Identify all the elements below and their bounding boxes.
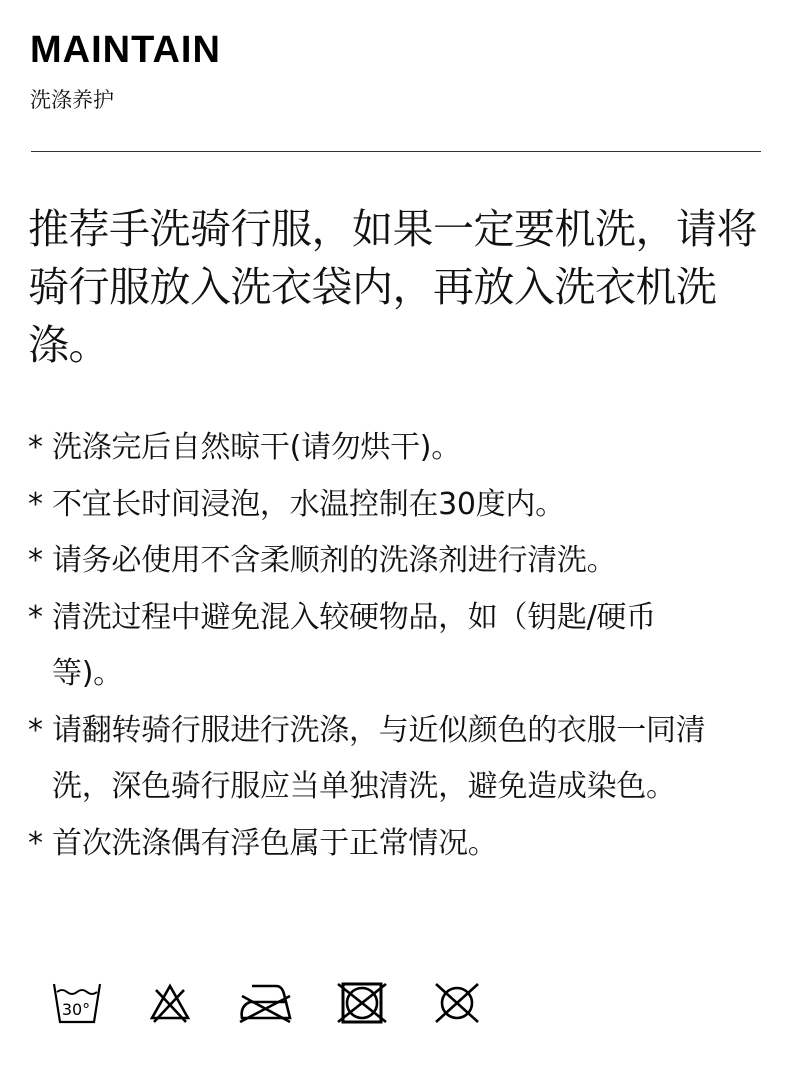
divider: [31, 151, 761, 152]
care-icons-row: 30°: [0, 980, 790, 1030]
list-item: * 首次洗涤偶有浮色属于正常情况。: [28, 816, 768, 873]
wash-30-icon: 30°: [52, 980, 102, 1026]
note-text: 首次洗涤偶有浮色属于正常情况。: [52, 816, 768, 873]
note-text: 请务必使用不含柔顺剂的洗涤剂进行清洗。: [52, 533, 768, 590]
svg-text:30°: 30°: [62, 1000, 90, 1019]
brand-title: MAINTAIN: [30, 30, 221, 70]
do-not-dry-clean-icon: [432, 980, 482, 1026]
section-subtitle: 洗涤养护: [30, 86, 114, 114]
note-text: 请翻转骑行服进行洗涤，与近似颜色的衣服一同清洗，深色骑行服应当单独清洗，避免造成…: [52, 703, 742, 816]
care-notes-list: * 洗涤完后自然晾干(请勿烘干)。 * 不宜长时间浸泡，水温控制在30度内。 *…: [28, 420, 768, 872]
bullet: *: [28, 590, 52, 703]
bullet: *: [28, 477, 52, 534]
list-item: * 洗涤完后自然晾干(请勿烘干)。: [28, 420, 768, 477]
note-text: 清洗过程中避免混入较硬物品，如（钥匙/硬币等)。: [52, 590, 712, 703]
bullet: *: [28, 533, 52, 590]
bullet: *: [28, 420, 52, 477]
do-not-tumble-dry-icon: [336, 980, 388, 1026]
note-text: 不宜长时间浸泡，水温控制在30度内。: [52, 477, 768, 534]
do-not-iron-icon: [236, 980, 292, 1026]
note-text: 洗涤完后自然晾干(请勿烘干)。: [52, 420, 768, 477]
bullet: *: [28, 816, 52, 873]
list-item: * 清洗过程中避免混入较硬物品，如（钥匙/硬币等)。: [28, 590, 768, 703]
list-item: * 不宜长时间浸泡，水温控制在30度内。: [28, 477, 768, 534]
do-not-bleach-icon: [146, 980, 194, 1026]
headline: 推荐手洗骑行服，如果一定要机洗，请将骑行服放入洗衣袋内，再放入洗衣机洗涤。: [28, 200, 788, 374]
list-item: * 请翻转骑行服进行洗涤，与近似颜色的衣服一同清洗，深色骑行服应当单独清洗，避免…: [28, 703, 768, 816]
bullet: *: [28, 703, 52, 816]
list-item: * 请务必使用不含柔顺剂的洗涤剂进行清洗。: [28, 533, 768, 590]
